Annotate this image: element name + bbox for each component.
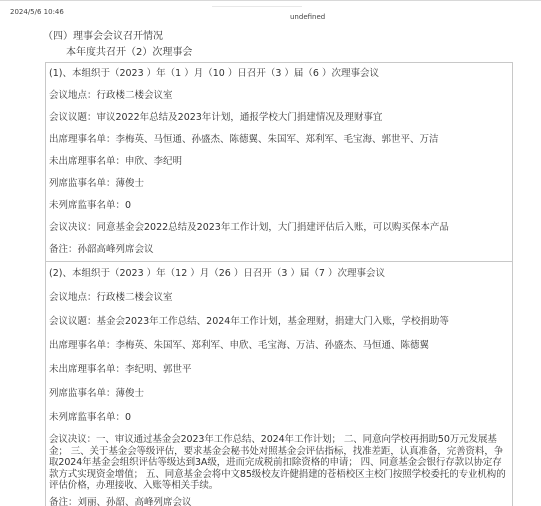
attending-directors: 出席理事名单：李梅英、朱国军、郑利军、申欣、毛宝海、万洁、孙盛杰、马恒通、陈德翼 <box>46 334 512 358</box>
scan-artifact <box>212 6 302 7</box>
print-page-title: undefined <box>290 13 325 21</box>
meeting-topics: 会议议题：基金会2023年工作总结、2024年工作计划，基金理财，捐建大门入账，… <box>46 310 512 334</box>
meeting-topics: 会议议题：审议2022年总结及2023年计划，通报学校大门捐建情况及理财事宜 <box>46 107 512 129</box>
section-title: （四）理事会会议召开情况 <box>43 27 163 42</box>
meeting-remarks: 备注：刘丽、孙韶、高峰列席会议 <box>46 494 512 506</box>
print-timestamp: 2024/5/6 10:46 <box>10 8 64 16</box>
absent-directors: 未出席理事名单：李纪明、郭世平 <box>46 358 512 382</box>
attending-directors: 出席理事名单：李梅英、马恒通、孙盛杰、陈德翼、朱国军、郑利军、毛宝海、郭世平、万… <box>46 129 512 151</box>
attending-supervisors: 列席监事名单：薄俊士 <box>46 173 512 195</box>
absent-supervisors: 未列席监事名单：0 <box>46 195 512 217</box>
attending-supervisors: 列席监事名单：薄俊士 <box>46 382 512 406</box>
meeting-remarks: 备注：孙韶高峰列席会议 <box>46 239 512 261</box>
meeting-location: 会议地点：行政楼二楼会议室 <box>46 286 512 310</box>
meeting-location: 会议地点：行政楼二楼会议室 <box>46 85 512 107</box>
meeting-record-2: (2)、本组织于（2023 ）年（12 ）月（26 ）日召开（3 ）届（7 ）次… <box>46 262 512 506</box>
meeting-heading: (2)、本组织于（2023 ）年（12 ）月（26 ）日召开（3 ）届（7 ）次… <box>46 262 512 286</box>
meeting-record-1: (1)、本组织于（2023 ）年（1 ）月（10 ）日召开（3 ）届（6 ）次理… <box>46 63 512 262</box>
section-subtitle: 本年度共召开（2）次理事会 <box>66 43 192 58</box>
page-top-rule <box>0 0 541 1</box>
meeting-heading: (1)、本组织于（2023 ）年（1 ）月（10 ）日召开（3 ）届（6 ）次理… <box>46 63 512 85</box>
meeting-records-table: (1)、本组织于（2023 ）年（1 ）月（10 ）日召开（3 ）届（6 ）次理… <box>45 62 513 506</box>
absent-directors: 未出席理事名单：申欣、李纪明 <box>46 151 512 173</box>
meeting-resolution: 会议决议：同意基金会2022总结及2023年工作计划，大门捐建评估后入账，可以购… <box>46 217 512 239</box>
meeting-resolution: 会议决议：一、审议通过基金会2023年工作总结、2024年工作计划； 二、同意向… <box>46 430 512 494</box>
absent-supervisors: 未列席监事名单：0 <box>46 406 512 430</box>
